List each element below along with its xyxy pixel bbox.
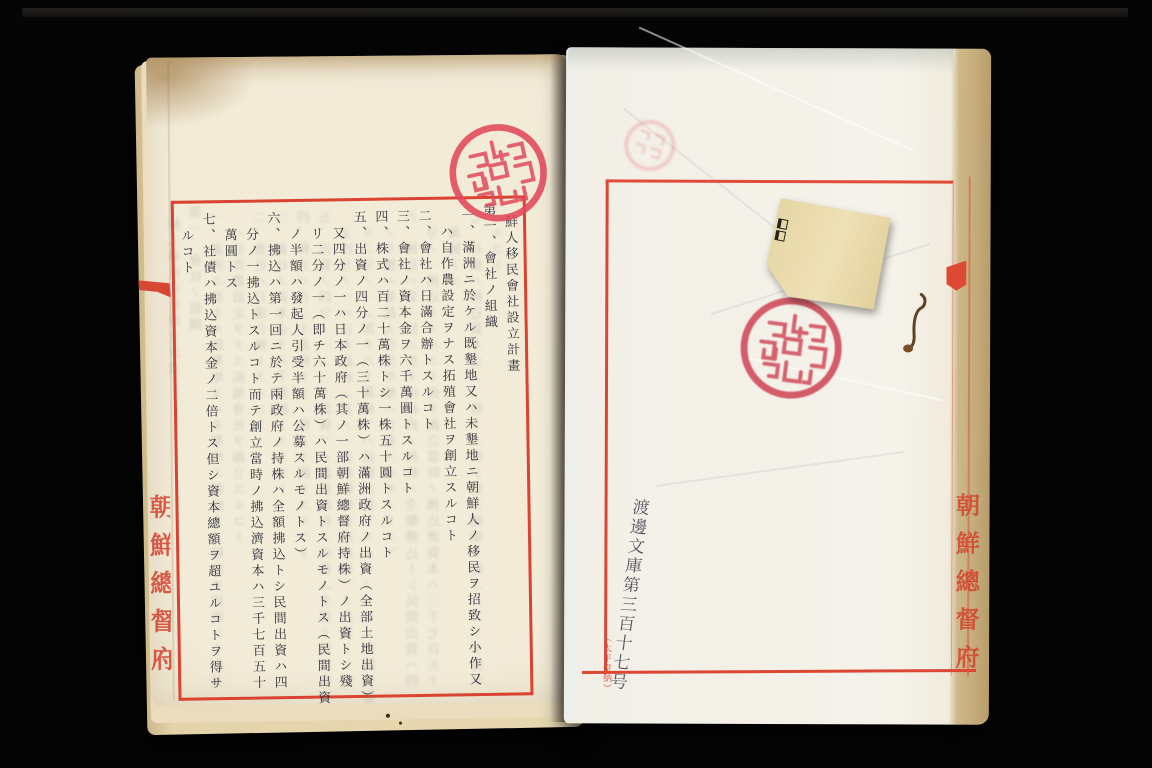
ink-speck [386, 714, 390, 718]
tissue-top-fold [568, 47, 953, 72]
left-page: 鮮人移民會社設立計畫 第一、會社ノ組織 一、滿洲ニ於ケル既墾地又ハ未墾地ニ朝鮮人… [146, 54, 574, 706]
red-circular-seal-icon [731, 288, 852, 409]
left-margin-official-stamp: 朝鮮總督府 [150, 494, 172, 726]
debris-twig [901, 290, 931, 360]
corner-stain [146, 57, 257, 128]
red-circular-seal-icon [436, 111, 560, 235]
right-margin-official-stamp: 朝鮮總督府 [955, 493, 982, 715]
ink-speck [399, 722, 402, 725]
backdrop-edge [22, 8, 1128, 17]
right-page-tissue-leaf: 渡邊文庫第三百十七号 （太平堂納） 朝鮮總督府 [564, 47, 991, 724]
photo-of-archival-document: 鮮人移民會社設立計畫 第一、會社ノ組織 一、滿洲ニ於ケル既墾地又ハ未墾地ニ朝鮮人… [0, 0, 1152, 768]
document-body-text: 鮮人移民會社設立計畫 第一、會社ノ組織 一、滿洲ニ於ケル既墾地又ハ未墾地ニ朝鮮人… [174, 201, 528, 692]
printer-mark: （太平堂納） [600, 633, 611, 693]
faint-seal-impression-icon [615, 111, 684, 180]
tiny-stamp-marks [774, 218, 788, 242]
